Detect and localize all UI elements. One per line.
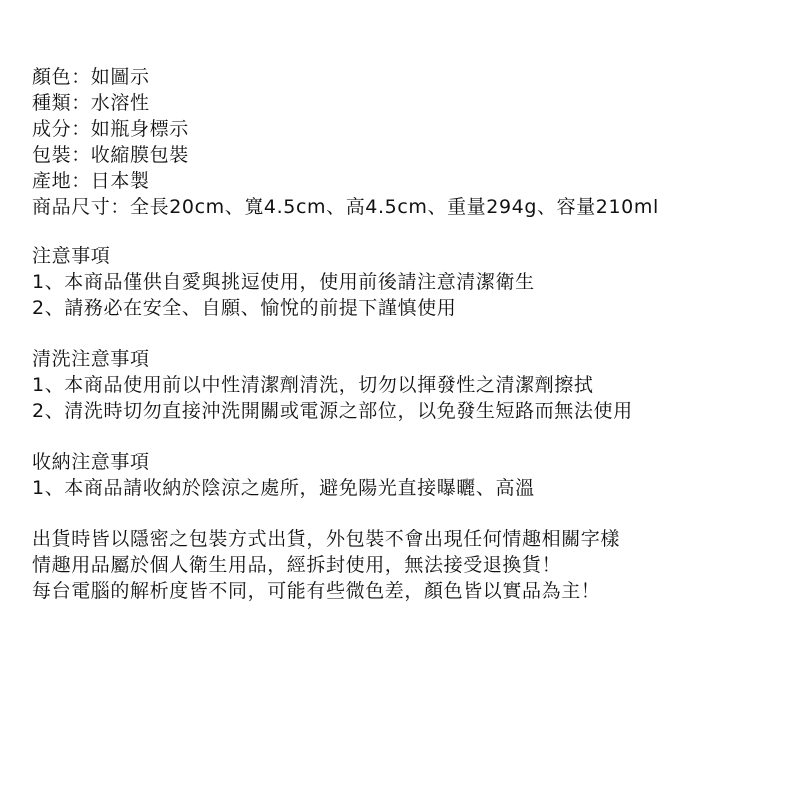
spec-origin: 產地：日本製	[32, 168, 150, 194]
footer-note-color: 每台電腦的解析度皆不同，可能有些微色差，顏色皆以實品為主！	[32, 578, 600, 604]
notice-item-1: 1、本商品僅供自愛與挑逗使用，使用前後請注意清潔衛生	[32, 269, 535, 295]
spec-type: 種類：水溶性	[32, 90, 150, 116]
spec-dimensions: 商品尺寸：全長20cm、寬4.5cm、高4.5cm、重量294g、容量210ml	[32, 194, 659, 220]
cleaning-item-1: 1、本商品使用前以中性清潔劑清洗，切勿以揮發性之清潔劑擦拭	[32, 372, 594, 398]
cleaning-title: 清洗注意事項	[32, 346, 150, 372]
cleaning-item-2: 2、清洗時切勿直接沖洗開關或電源之部位，以免發生短路而無法使用	[32, 398, 633, 424]
storage-title: 收納注意事項	[32, 449, 150, 475]
spec-packaging: 包裝：收縮膜包裝	[32, 142, 189, 168]
footer-note-returns: 情趣用品屬於個人衛生用品，經拆封使用，無法接受退換貨！	[32, 552, 561, 578]
footer-note-shipping: 出貨時皆以隱密之包裝方式出貨，外包裝不會出現任何情趣相關字樣	[32, 526, 620, 552]
storage-item-1: 1、本商品請收納於陰涼之處所，避免陽光直接曝曬、高溫	[32, 475, 535, 501]
spec-color: 顏色：如圖示	[32, 64, 150, 90]
spec-ingredients: 成分：如瓶身標示	[32, 116, 189, 142]
notice-title: 注意事項	[32, 243, 110, 269]
notice-item-2: 2、請務必在安全、自願、愉悅的前提下謹慎使用	[32, 295, 456, 321]
